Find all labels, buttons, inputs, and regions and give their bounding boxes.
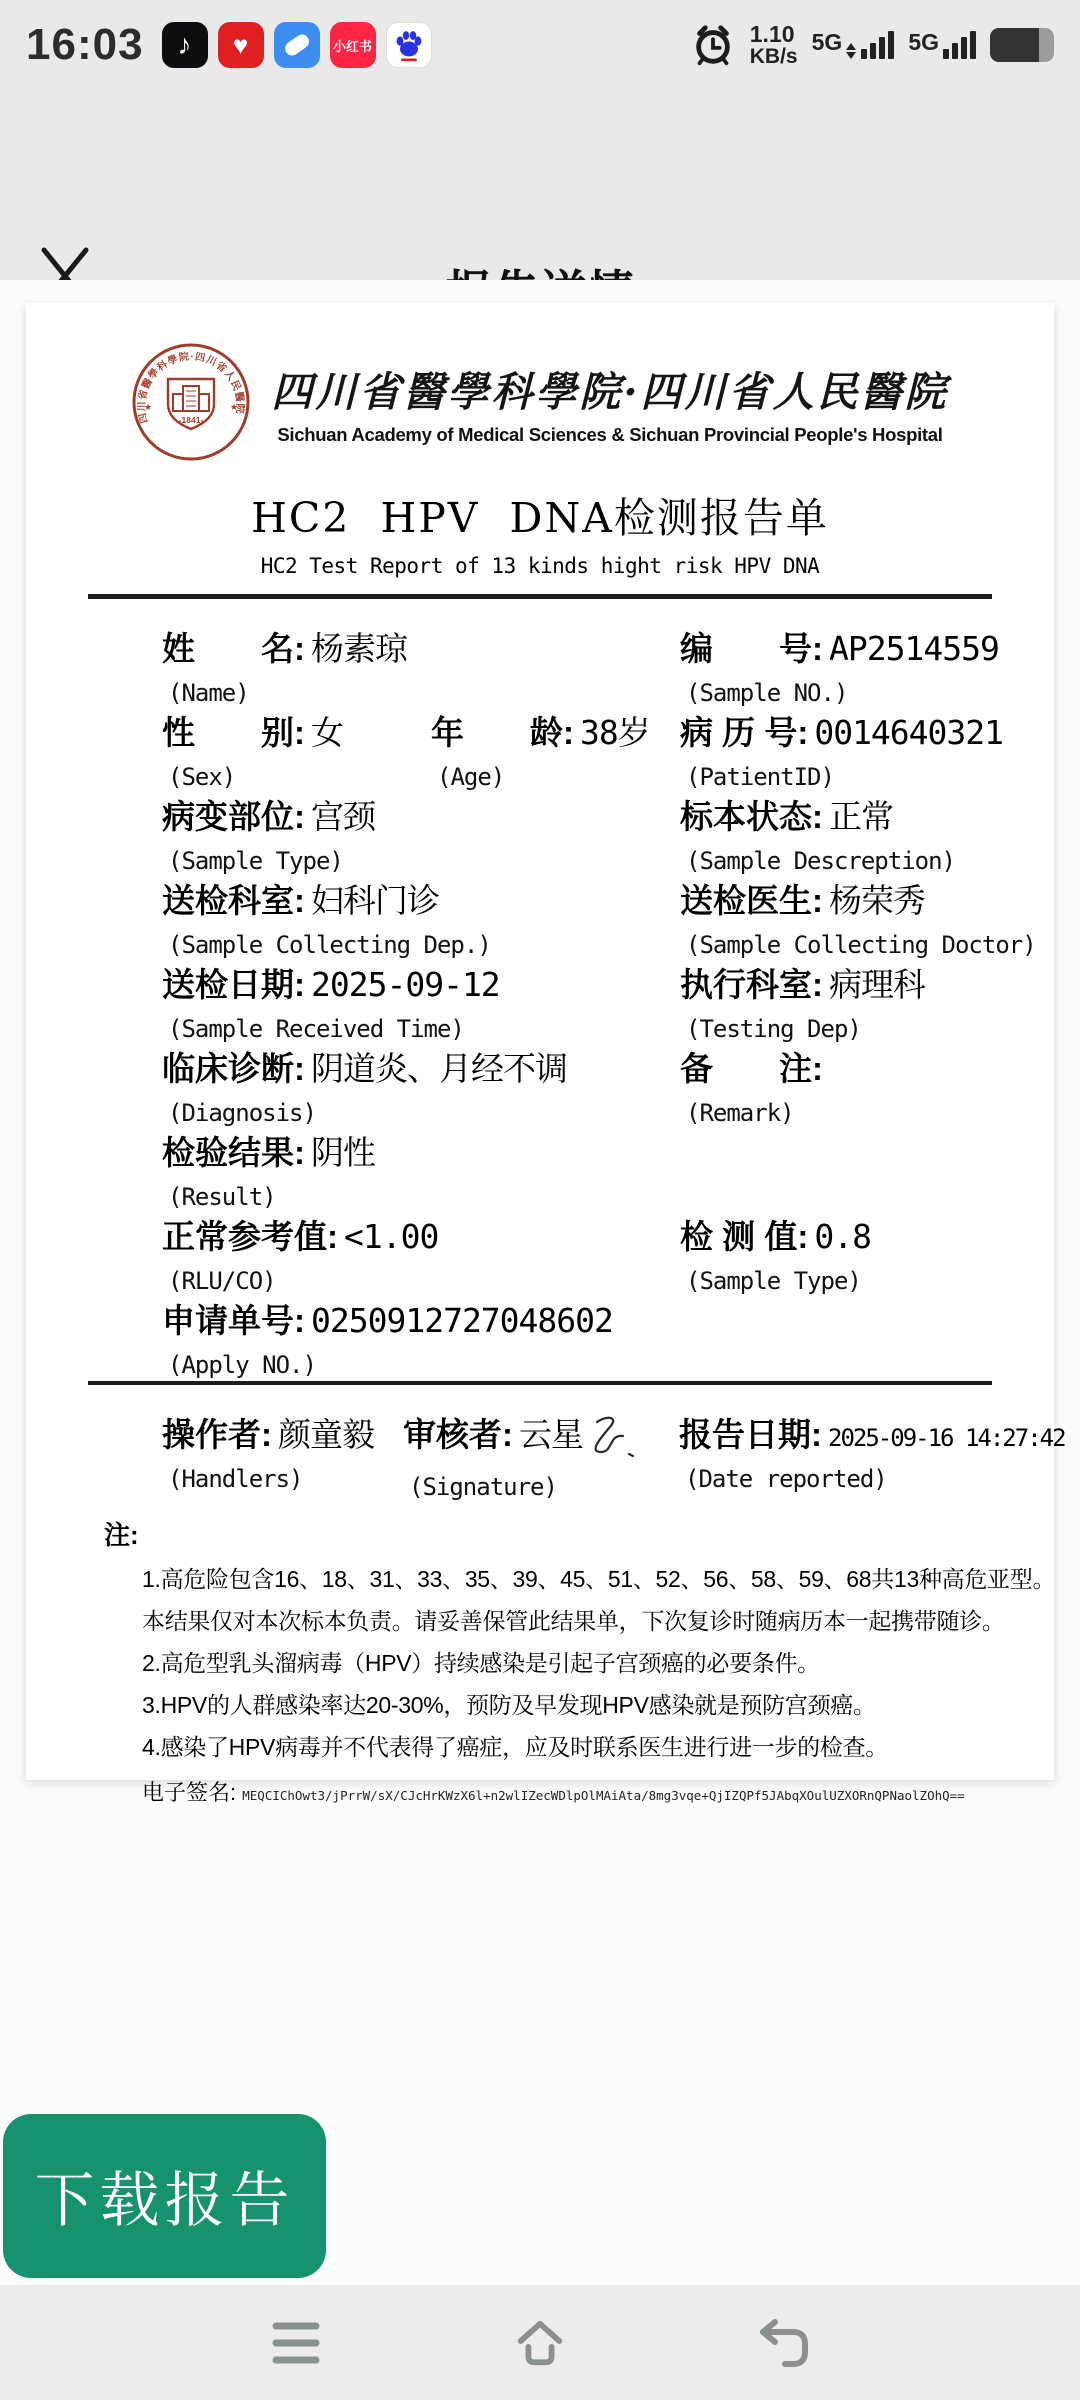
field-row: 姓 名:杨素琼 (Name) 编 号:AP2514559 (Sample NO.… xyxy=(162,623,1030,707)
xiaohongshu-icon: 小红书 xyxy=(330,22,376,68)
esign-label: 电子签名: xyxy=(142,1780,236,1805)
note-item: 3.HPV的人群感染率达20-30%，预防及早发现HPV感染就是预防宫颈癌。 xyxy=(104,1687,1034,1720)
sim2-network-type: 5G xyxy=(908,31,939,54)
heart-app-icon: ♥ xyxy=(218,22,264,68)
notes-section: 注: 1.高危险包含16、18、31、33、35、39、45、51、52、56、… xyxy=(26,1499,1054,1807)
sim2-signal: 5G xyxy=(908,31,976,59)
home-button[interactable] xyxy=(513,2316,567,2370)
network-speed-unit: KB/s xyxy=(750,46,798,68)
note-item: 4.感染了HPV病毒并不代表得了癌症，应及时联系医生进行进一步的检查。 xyxy=(104,1729,1034,1762)
field-row: 检验结果:阴性 (Result) xyxy=(162,1127,1030,1211)
field-sex: 性 别:女 (Sex) xyxy=(162,707,431,791)
sim1-signal: 5G xyxy=(812,31,895,59)
signal-bars-icon xyxy=(943,31,976,59)
hospital-header: 四川省醫學科學院·四川省人民醫院 -1841- ★ ★ 四川省醫學科學院·四川省… xyxy=(26,341,1054,463)
field-name: 姓 名:杨素琼 (Name) xyxy=(162,623,680,707)
battery-icon xyxy=(990,28,1054,62)
field-detect-value: 检 测 值:0.8 (Sample Type) xyxy=(680,1211,1030,1295)
field-result: 检验结果:阴性 (Result) xyxy=(162,1127,680,1211)
field-row: 申请单号:0250912727048602 (Apply NO.) xyxy=(162,1295,1030,1379)
field-row: 临床诊断:阴道炎、月经不调 (Diagnosis) 备 注: (Remark) xyxy=(162,1043,1030,1127)
note-item: 本结果仅对本次标本负责。请妥善保管此结果单，下次复诊时随病历本一起携带随诊。 xyxy=(104,1603,1034,1636)
handwritten-signature xyxy=(579,1412,651,1464)
report-card: 四川省醫學科學院·四川省人民醫院 -1841- ★ ★ 四川省醫學科學院·四川省… xyxy=(26,303,1054,1780)
back-icon xyxy=(757,2318,811,2368)
field-lesion-site: 病变部位:宫颈 (Sample Type) xyxy=(162,791,680,875)
field-row: 病变部位:宫颈 (Sample Type) 标本状态:正常 (Sample De… xyxy=(162,791,1030,875)
field-remark: 备 注: (Remark) xyxy=(680,1043,1030,1127)
esign-value: MEQCIChOwt3/jPrrW/sX/CJcHrKWzX6l+n2wlIZe… xyxy=(242,1788,964,1803)
electronic-signature: 电子签名: MEQCIChOwt3/jPrrW/sX/CJcHrKWzX6l+n… xyxy=(104,1776,1034,1807)
field-apply-no: 申请单号:0250912727048602 (Apply NO.) xyxy=(162,1295,680,1379)
home-icon xyxy=(513,2317,567,2369)
clock-time: 16:03 xyxy=(26,20,144,70)
report-subtitle: HC2 Test Report of 13 kinds hight risk H… xyxy=(26,554,1054,578)
notification-app-icons: ♪ ♥ 小红书 xyxy=(162,22,432,68)
system-nav-bar xyxy=(0,2285,1080,2400)
hospital-name-cn: 四川省醫學科學院·四川省人民醫院 xyxy=(271,359,948,418)
field-row: 正常参考值:<1.00 (RLU/CO) 检 测 值:0.8 (Sample T… xyxy=(162,1211,1030,1295)
field-testing-dep: 执行科室:病理科 (Testing Dep) xyxy=(680,959,1030,1043)
field-diagnosis: 临床诊断:阴道炎、月经不调 (Diagnosis) xyxy=(162,1043,680,1127)
back-button[interactable] xyxy=(757,2316,811,2370)
recents-menu-button[interactable] xyxy=(269,2316,323,2370)
sim1-network-type: 5G xyxy=(812,31,843,54)
hospital-name-en: Sichuan Academy of Medical Sciences & Si… xyxy=(277,424,942,446)
field-row: 送检日期:2025-09-12 (Sample Received Time) 执… xyxy=(162,959,1030,1043)
signer-reviewer: 审核者:云星 (Signature) xyxy=(403,1409,679,1499)
note-item: 2.高危型乳头溜病毒（HPV）持续感染是引起子宫颈癌的必要条件。 xyxy=(104,1645,1034,1678)
field-row: 性 别:女 (Sex) 年 龄:38岁 (Age) 病 历 号:00146403… xyxy=(162,707,1030,791)
svg-text:★: ★ xyxy=(144,402,152,412)
field-received-date: 送检日期:2025-09-12 (Sample Received Time) xyxy=(162,959,680,1043)
field-sample-status: 标本状态:正常 (Sample Descreption) xyxy=(680,791,1030,875)
field-patient-id: 病 历 号:0014640321 (PatientID) xyxy=(680,707,1030,791)
report-fields: 姓 名:杨素琼 (Name) 编 号:AP2514559 (Sample NO.… xyxy=(26,599,1054,1379)
field-collecting-doctor: 送检医生:杨荣秀 (Sample Collecting Doctor) xyxy=(680,875,1036,959)
data-activity-arrows-icon xyxy=(846,43,856,59)
field-sample-no: 编 号:AP2514559 (Sample NO.) xyxy=(680,623,1030,707)
hamburger-icon xyxy=(271,2321,321,2365)
status-bar: 16:03 ♪ ♥ 小红书 1.10 KB/s xyxy=(0,0,1080,90)
report-scroll-area[interactable]: 四川省醫學科學院·四川省人民醫院 -1841- ★ ★ 四川省醫學科學院·四川省… xyxy=(0,280,1080,2285)
browser-icon xyxy=(274,22,320,68)
signer-operator: 操作者:颜童毅 (Handlers) xyxy=(162,1409,403,1499)
field-row: 送检科室:妇科门诊 (Sample Collecting Dep.) 送检医生:… xyxy=(162,875,1030,959)
status-indicators: 1.10 KB/s 5G 5G xyxy=(690,22,1054,68)
svg-text:-1841-: -1841- xyxy=(179,415,204,425)
field-reference-value: 正常参考值:<1.00 (RLU/CO) xyxy=(162,1211,680,1295)
note-item: 1.高危险包含16、18、31、33、35、39、45、51、52、56、58、… xyxy=(104,1561,1034,1594)
network-speed: 1.10 KB/s xyxy=(750,22,798,68)
hospital-seal-logo: 四川省醫學科學院·四川省人民醫院 -1841- ★ ★ xyxy=(131,342,251,462)
alarm-icon xyxy=(690,22,736,68)
report-title: HC2 HPV DNA检测报告单 xyxy=(26,485,1054,544)
network-speed-value: 1.10 xyxy=(750,22,795,46)
webview-header: 报告详情 vx.samsphmzb.com xyxy=(0,90,1080,280)
field-report-date: 报告日期:2025-09-16 14:27:42 (Date reported) xyxy=(679,1409,1065,1499)
download-report-button[interactable]: 下载报告 xyxy=(3,2114,326,2278)
douyin-icon: ♪ xyxy=(162,22,208,68)
field-age: 年 龄:38岁 (Age) xyxy=(431,707,680,791)
signers-row: 操作者:颜童毅 (Handlers) 审核者:云星 (Signature) 报告… xyxy=(26,1385,1054,1499)
notes-heading: 注: xyxy=(104,1515,1034,1552)
signal-bars-icon xyxy=(861,31,894,59)
baidu-paw-glyph xyxy=(392,28,426,62)
baidu-icon xyxy=(386,22,432,68)
field-collecting-dep: 送检科室:妇科门诊 (Sample Collecting Dep.) xyxy=(162,875,680,959)
svg-text:★: ★ xyxy=(230,402,238,412)
